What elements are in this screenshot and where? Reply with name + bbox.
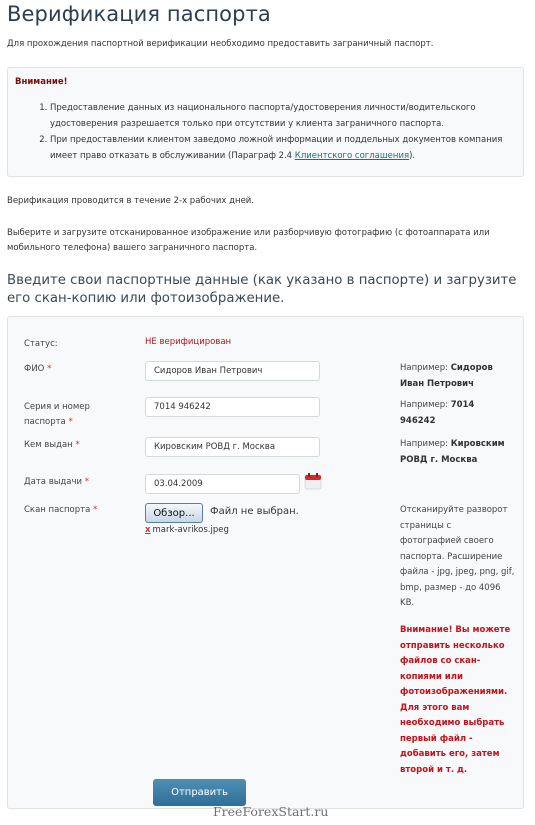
status-label: Статус:: [24, 337, 58, 352]
scan-label: Скан паспорта *: [24, 503, 97, 518]
passport-form: Статус: НЕ верифицирован ФИО * Например:…: [7, 316, 524, 809]
duration-text: Верификация проводится в течение 2-х раб…: [7, 196, 254, 206]
client-agreement-link[interactable]: Клиентского соглашения: [295, 151, 409, 161]
name-input[interactable]: [145, 361, 320, 381]
status-badge: НЕ верифицирован: [145, 337, 231, 347]
warning-item: При предоставлении клиентом заведомо лож…: [50, 132, 520, 164]
form-heading: Введите свои паспортные данные (как указ…: [7, 272, 517, 308]
issue-date-label: Дата выдачи *: [24, 475, 89, 490]
warning-title: Внимание!: [15, 77, 67, 87]
no-file-text: Файл не выбран.: [210, 506, 299, 517]
intro-text: Для прохождения паспортной верификации н…: [7, 39, 433, 49]
uploaded-file: xmark-avrikos.jpeg: [145, 525, 229, 535]
passport-number-hint: Например: 7014 946242: [400, 397, 485, 429]
instructions-text: Выберите и загрузите отсканированное изо…: [7, 226, 517, 256]
remove-file-icon[interactable]: x: [145, 525, 150, 535]
issued-by-input[interactable]: [145, 437, 320, 457]
calendar-icon[interactable]: [304, 472, 322, 490]
warning-list: Предоставление данных из национального п…: [24, 100, 520, 164]
uploaded-file-name: mark-avrikos.jpeg: [152, 525, 228, 535]
passport-number-input[interactable]: [145, 397, 320, 417]
submit-button[interactable]: Отправить: [153, 779, 246, 806]
issue-date-input[interactable]: [145, 474, 300, 494]
page-title: Верификация паспорта: [7, 2, 271, 26]
multi-file-note: Внимание! Вы можете отправить несколько …: [400, 623, 518, 778]
name-label: ФИО *: [24, 362, 51, 377]
passport-number-label: Серия и номер паспорта *: [24, 400, 114, 430]
name-hint: Например: Сидоров Иван Петрович: [400, 360, 518, 392]
warning-box: Внимание! Предоставление данных из нацио…: [7, 67, 524, 177]
watermark: FreeForexStart.ru: [213, 804, 328, 819]
scan-hint: Отсканируйте разворот страницы с фотогра…: [400, 503, 515, 612]
issued-by-hint: Например: Кировским РОВД г. Москва: [400, 436, 518, 468]
browse-button[interactable]: Обзор...: [145, 503, 203, 523]
warning-item: Предоставление данных из национального п…: [50, 100, 520, 132]
issued-by-label: Кем выдан *: [24, 438, 80, 453]
